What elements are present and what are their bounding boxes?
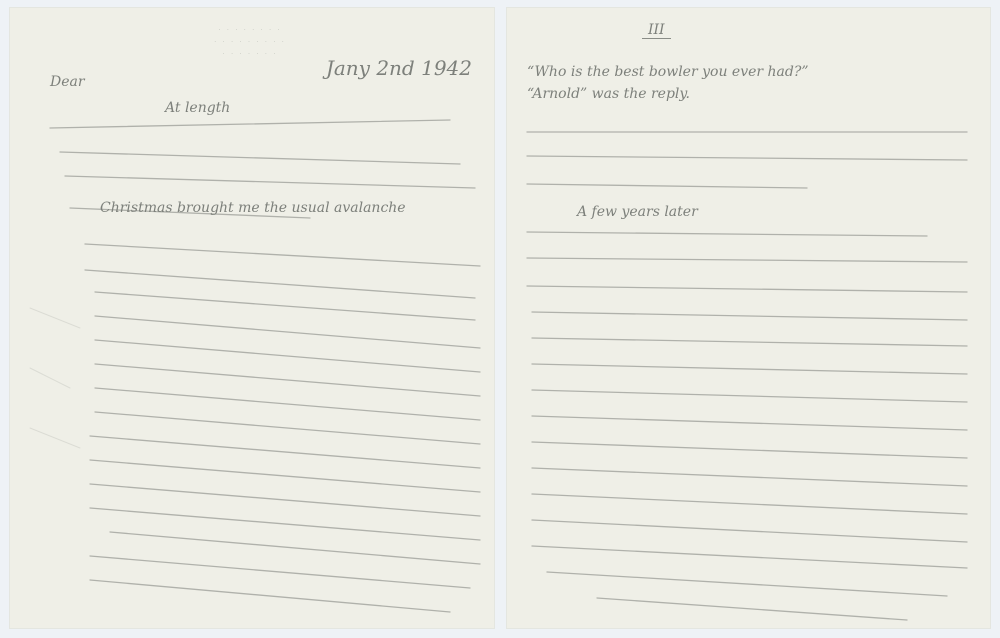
handwriting-strokes: [507, 8, 990, 628]
letter-page-left: · · · · · · · · · · · · · · · · · · · · …: [10, 8, 494, 628]
letter-page-right: III “Who is the best bowler you ever had…: [507, 8, 990, 628]
show-through-strokes: [10, 8, 494, 628]
